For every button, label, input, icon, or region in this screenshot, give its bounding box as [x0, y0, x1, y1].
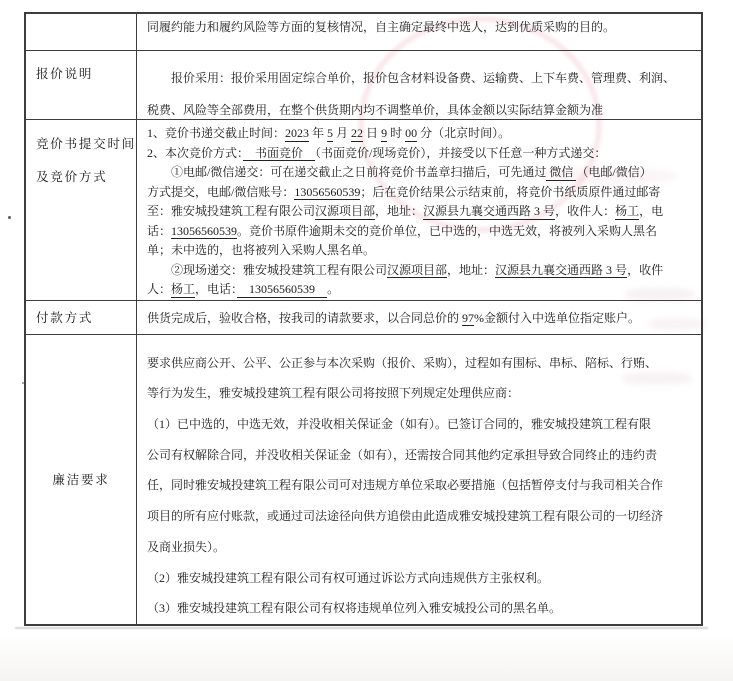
underlined-text: 13056560539	[171, 224, 237, 240]
text-segment: 单；未中选的，也将被列入采购人黑名单。	[147, 243, 375, 257]
underlined-text: 杨工	[615, 204, 639, 220]
underlined-text: 13056560539	[237, 282, 327, 298]
text-segment: （电邮/微信）	[576, 165, 651, 179]
text-segment: ，地址：	[447, 263, 495, 277]
text-segment: 月	[333, 126, 351, 140]
text-line: 及商业损失）。	[147, 532, 698, 563]
text-segment: 报价采用：报价采用固定综合单价，报价包含材料设备费、运输费、上下车费、管理费、利…	[171, 71, 675, 85]
text-line: 至：雅安城投建筑工程有限公司汉源项目部，地址：汉源县九襄交通西路 3 号，收件人…	[147, 202, 698, 222]
row-content-cell: 供货完成后，验收合格，按我司的请款要求，以合同总价的 97%金额付入中选单位指定…	[137, 301, 701, 334]
row-header-line: 及竞价方式	[36, 161, 136, 194]
text-segment: ；后在竞价结果公示结束前，将竞价书纸质原件通过邮寄	[360, 185, 660, 199]
table-row-payment: 付款方式 供货完成后，验收合格，按我司的请款要求，以合同总价的 97%金额付入中…	[26, 300, 701, 334]
text-segment: ，收件人：	[555, 204, 615, 218]
underlined-text: 2023	[285, 126, 309, 142]
text-line: 供货完成后，验收合格，按我司的请款要求，以合同总价的 97%金额付入中选单位指定…	[147, 309, 640, 326]
text-segment: （2）雅安城投建筑工程有限公司有权可通过诉讼方式向违规供方主张权利。	[147, 571, 549, 585]
text-segment: （3）雅安城投建筑工程有限公司有权将违规单位列入雅安城投公司的黑名单。	[147, 601, 561, 615]
row-header-line: 付款方式	[36, 308, 93, 326]
text-line: 等行为发生，雅安城投建筑工程有限公司将按照下列规定处理供应商：	[147, 378, 698, 409]
underlined-text: 书面竞价	[243, 146, 315, 162]
underlined-text: 汉源县九襄交通西路 3 号	[423, 204, 555, 220]
text-line: （1）已中选的，中选无效，并没收相关保证金（如有）。已签订合同的，雅安城投建筑工…	[147, 409, 698, 440]
text-line: 方式提交，电邮/微信账号：13056560539；后在竞价结果公示结束前，将竞价…	[147, 183, 698, 203]
text-line: 人：杨工，电话： 13056560539 。	[147, 280, 698, 300]
row-content-cell: 报价采用：报价采用固定综合单价，报价包含材料设备费、运输费、上下车费、管理费、利…	[137, 51, 701, 119]
scan-shadow-line	[15, 627, 708, 629]
row-header-cell	[26, 14, 137, 50]
row-header-line: 报价说明	[36, 64, 136, 82]
text-line: 2、本次竞价方式： 书面竞价 （书面竞价/现场竞价），并接受以下任意一种方式递交…	[147, 144, 698, 164]
text-segment: 等行为发生，雅安城投建筑工程有限公司将按照下列规定处理供应商：	[147, 386, 519, 400]
text-line: （2）雅安城投建筑工程有限公司有权可通过诉讼方式向违规供方主张权利。	[147, 563, 698, 594]
text-line: 同履约能力和履约风险等方面的复核情况，自主确定最终中选人，达到优质采购的目的。	[147, 16, 698, 38]
row-content-cell: 要求供应商公开、公平、公正参与本次采购（报价、采购），过程如有围标、串标、陪标、…	[137, 335, 701, 624]
text-segment: 人：	[147, 282, 171, 296]
row-header-cell: 付款方式	[26, 301, 137, 334]
row-header-cell: 报价说明	[26, 51, 137, 119]
text-segment: 。	[327, 282, 339, 296]
underlined-text: 汉源项目部	[387, 263, 447, 279]
underlined-text: 22	[351, 126, 363, 142]
row-header-line: 廉洁要求	[52, 470, 109, 488]
text-segment: ，电话：	[195, 282, 237, 296]
text-segment: ，电	[639, 204, 663, 218]
row-header-line: 竞价书提交时间	[36, 128, 136, 161]
text-segment: 方式提交，电邮/微信账号：	[147, 185, 294, 199]
row-content-cell: 同履约能力和履约风险等方面的复核情况，自主确定最终中选人，达到优质采购的目的。	[137, 14, 701, 50]
text-segment: 年	[309, 126, 327, 140]
text-line: 1、竞价书递交截止时间：2023 年 5 月 22 日 9 时 00 分（北京时…	[147, 124, 698, 144]
text-line: 公司有权解除合同，并没收相关保证金（如有），还需按合同其他约定承担导致合同终止的…	[147, 440, 698, 471]
text-segment: 任，同时雅安城投建筑工程有限公司可对违规方单位采取必要措施（包括暂停支付与我司相…	[147, 478, 663, 492]
table-row-quote-note: 报价说明 报价采用：报价采用固定综合单价，报价包含材料设备费、运输费、上下车费、…	[26, 50, 701, 119]
underlined-text: 微信	[546, 165, 576, 181]
row-content-cell: 1、竞价书递交截止时间：2023 年 5 月 22 日 9 时 00 分（北京时…	[137, 120, 701, 300]
text-line: 要求供应商公开、公平、公正参与本次采购（报价、采购），过程如有围标、串标、陪标、…	[147, 348, 698, 379]
text-line: 任，同时雅安城投建筑工程有限公司可对违规方单位采取必要措施（包括暂停支付与我司相…	[147, 470, 698, 501]
text-segment: （书面竞价/现场竞价），并接受以下任意一种方式递交：	[315, 146, 606, 160]
text-segment: ②现场递交：雅安城投建筑工程有限公司	[171, 263, 387, 277]
text-segment: 话：	[147, 224, 171, 238]
text-segment: 同履约能力和履约风险等方面的复核情况，自主确定最终中选人，达到优质采购的目的。	[147, 20, 615, 34]
text-segment: 供货完成后，验收合格，按我司的请款要求，以合同总价的	[147, 311, 462, 325]
procurement-terms-table: 同履约能力和履约风险等方面的复核情况，自主确定最终中选人，达到优质采购的目的。 …	[24, 12, 703, 626]
text-line: （3）雅安城投建筑工程有限公司有权将违规单位列入雅安城投公司的黑名单。	[147, 593, 698, 624]
text-segment: %金额付入中选单位指定账户。	[474, 311, 640, 325]
text-segment: 公司有权解除合同，并没收相关保证金（如有），还需按合同其他约定承担导致合同终止的…	[147, 448, 657, 462]
underlined-text: 97	[462, 311, 474, 327]
text-segment: 项目的所有应付账款，或通过司法途径向供方追偿由此造成雅安城投建筑工程有限公司的一…	[147, 509, 663, 523]
scanned-document-page: 同履约能力和履约风险等方面的复核情况，自主确定最终中选人，达到优质采购的目的。 …	[0, 0, 733, 681]
underlined-text: 汉源县九襄交通西路 3 号	[495, 263, 627, 279]
text-line: 报价采用：报价采用固定综合单价，报价包含材料设备费、运输费、上下车费、管理费、利…	[147, 62, 698, 94]
text-segment: 要求供应商公开、公平、公正参与本次采购（报价、采购），过程如有围标、串标、陪标、…	[147, 356, 657, 370]
text-segment: 时	[387, 126, 405, 140]
text-segment: 税费、风险等全部费用，在整个供货期内均不调整单价，具体金额以实际结算金额为准	[147, 103, 603, 117]
text-segment: ，地址：	[375, 204, 423, 218]
row-header-cell: 竞价书提交时间及竞价方式	[26, 120, 137, 300]
underlined-text: 杨工	[171, 282, 195, 298]
underlined-text: 汉源项目部	[315, 204, 375, 220]
text-line: 项目的所有应付账款，或通过司法途径向供方追偿由此造成雅安城投建筑工程有限公司的一…	[147, 501, 698, 532]
text-line: ②现场递交：雅安城投建筑工程有限公司汉源项目部，地址：汉源县九襄交通西路 3 号…	[147, 261, 698, 281]
text-segment: 分（北京时间）。	[417, 126, 510, 140]
text-line: 话：13056560539。竞价书原件逾期未交的竞价单位，已中选的，中选无效，将…	[147, 222, 698, 242]
table-row-integrity: 廉洁要求 要求供应商公开、公平、公正参与本次采购（报价、采购），过程如有围标、串…	[26, 334, 701, 624]
text-line: ①电邮/微信递交：可在递交截止之日前将竞价书盖章扫描后，可先通过 微信 （电邮/…	[147, 163, 698, 183]
text-segment: ①电邮/微信递交：可在递交截止之日前将竞价书盖章扫描后，可先通过	[171, 165, 546, 179]
text-segment: 。竞价书原件逾期未交的竞价单位，已中选的，中选无效，将被列入采购人黑名	[237, 224, 657, 238]
text-segment: （1）已中选的，中选无效，并没收相关保证金（如有）。已签订合同的，雅安城投建筑工…	[147, 417, 651, 431]
text-segment: 1、竞价书递交截止时间：	[147, 126, 285, 140]
text-segment: 至：雅安城投建筑工程有限公司	[147, 204, 315, 218]
text-segment: 日	[363, 126, 381, 140]
text-line: 税费、风险等全部费用，在整个供货期内均不调整单价，具体金额以实际结算金额为准	[147, 94, 698, 119]
scan-speck	[8, 216, 11, 219]
text-segment: 及商业损失）。	[147, 540, 225, 554]
text-line: 单；未中选的，也将被列入采购人黑名单。	[147, 241, 698, 261]
underlined-text: 00	[405, 126, 417, 142]
text-segment: ，收件	[627, 263, 663, 277]
row-header-cell: 廉洁要求	[26, 335, 137, 624]
underlined-text: 13056560539	[294, 185, 360, 201]
text-segment: 2、本次竞价方式：	[147, 146, 243, 160]
table-row-carryover: 同履约能力和履约风险等方面的复核情况，自主确定最终中选人，达到优质采购的目的。	[26, 14, 701, 50]
table-row-bid-submission: 竞价书提交时间及竞价方式 1、竞价书递交截止时间：2023 年 5 月 22 日…	[26, 119, 701, 300]
